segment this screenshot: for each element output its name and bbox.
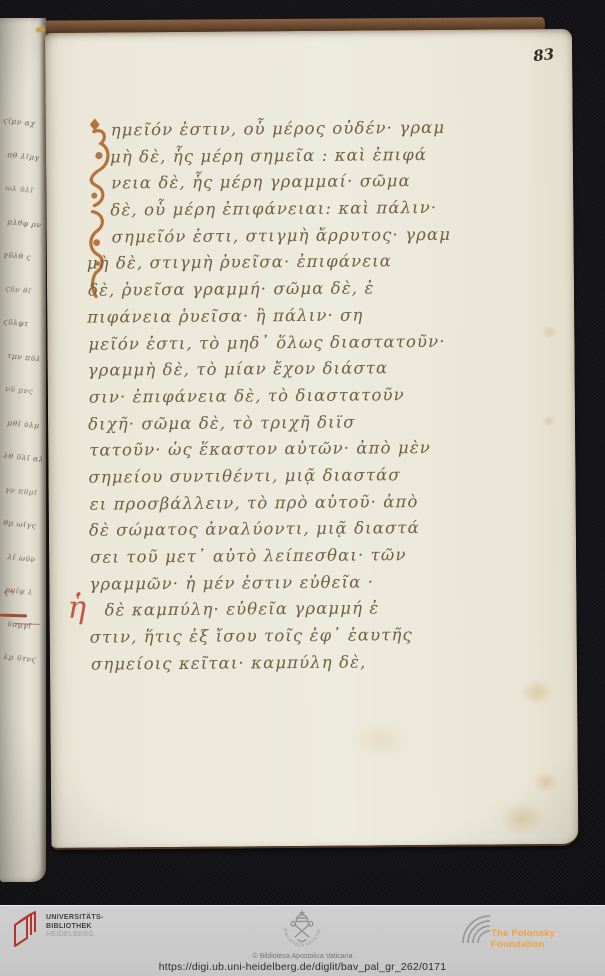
manuscript-text: ημεῖόν ἐστιν, οὗ μέρος οὐδέν· γραμμὴ δὲ,… xyxy=(86,118,454,681)
page-stain xyxy=(533,771,559,793)
ub-line2: BIBLIOTHEK xyxy=(46,923,104,932)
manuscript-line: δὲ καμπύλη· εὐθεῖα γραμμή ἐ xyxy=(104,598,454,627)
manuscript-line: μεῖόν ἐστι, τὸ μηδ᾽ ὅλως διαστατοῦν· xyxy=(88,331,452,361)
manuscript-line: σει τοῦ μετ᾽ αὐτὸ λείπεσθαι· τῶν xyxy=(90,545,454,575)
manuscript-line: διχῆ· σῶμα δὲ, τὸ τριχῆ διϊσ xyxy=(88,411,452,441)
text-fragment: μθϊ ϋλμ xyxy=(4,418,45,455)
ub-heidelberg-logo-text: UNIVERSITÄTS- BIBLIOTHEK HEIDELBERG xyxy=(46,914,104,940)
manuscript-line: σημείου συντιθέντι, μιᾷ διαστάσ xyxy=(88,465,452,495)
manuscript-line: στιν, ἥτις ἐξ ἴσου τοῖς ἐφ᾽ ἑαυτῆς xyxy=(90,625,454,655)
margin-red-mark: ϛϟ xyxy=(3,587,15,598)
manuscript-line: σημείοις κεῖται· καμπύλη δὲ, xyxy=(91,652,455,682)
manuscript-photo: ϛϊμν αχπθ λϊμγωλ ϋλϊμλθφ ρνγϋλθ ςϛϋν θϊϛ… xyxy=(0,0,605,905)
facing-page-text-bleed: ϛϊμν αχπθ λϊμγωλ ϋλϊμλθφ ρνγϋλθ ςϛϋν θϊϛ… xyxy=(2,118,44,688)
vatican-copyright: © Biblioteca Apostolica Vaticana xyxy=(0,953,605,960)
text-fragment: θμ ωϊγς xyxy=(0,518,45,556)
manuscript-line: μὴ δὲ, ἧς μέρη σημεῖα : καὶ ἐπιφά xyxy=(110,145,450,174)
page-stain xyxy=(350,720,410,760)
rubric-initial-eta: ἡ xyxy=(67,590,86,626)
ub-heidelberg-logo-icon xyxy=(10,910,42,952)
manuscript-line: τατοῦν· ὡς ἕκαστον αὐτῶν· ἀπὸ μὲν xyxy=(89,438,453,468)
manuscript-line: πιφάνεια ῥυεῖσα· ἢ πάλιν· ση xyxy=(87,305,451,335)
page-stain xyxy=(542,415,556,427)
manuscript-line: σιν· ἐπιφάνεια δὲ, τὸ διαστατοῦν xyxy=(89,385,453,415)
text-fragment: ϛϋν θϊ xyxy=(2,284,45,321)
vatican-library-emblem-icon: BIBLIOTECA APOSTOLICA VATICANA xyxy=(279,908,325,954)
polonsky-logo-text: The Polonsky Foundation xyxy=(491,928,605,950)
polonsky-logo-icon xyxy=(456,909,492,945)
manuscript-line: ημεῖόν ἐστιν, οὗ μέρος οὐδέν· γραμ xyxy=(111,118,451,147)
ub-line1: UNIVERSITÄTS- xyxy=(46,914,104,923)
text-fragment: γν πϋμϊ xyxy=(2,485,45,522)
text-fragment: λμ ϋτνϛ xyxy=(0,652,45,690)
page-stain xyxy=(541,325,557,339)
manuscript-line: μὴ δὲ, στιγμὴ ῥυεῖσα· ἐπιφάνεια xyxy=(87,251,451,281)
text-fragment: τμν πϋλ xyxy=(4,351,45,388)
manuscript-line: σημεῖόν ἐστι, στιγμὴ ἄρρυτος· γραμ xyxy=(112,225,452,254)
manuscript-page: 83 ἡ ημεῖόν ἐστιν, οὗ μέρος οὐδέν· γραμμ… xyxy=(45,29,578,850)
page-stain xyxy=(499,801,545,835)
manuscript-line: δὲ, οὗ μέρη ἐπιφάνειαι: καὶ πάλιν· xyxy=(110,198,450,227)
footer-bar: UNIVERSITÄTS- BIBLIOTHEK HEIDELBERG BIBL… xyxy=(0,905,605,976)
page-stain xyxy=(520,679,554,705)
ub-line3: HEIDELBERG xyxy=(46,931,104,940)
manuscript-line: νεια δὲ, ἧς μέρη γραμμαί· σῶμα xyxy=(111,171,451,200)
text-fragment: νϋ μνς xyxy=(2,384,45,421)
folio-number: 83 xyxy=(532,45,555,65)
manuscript-line: γραμμῶν· ἡ μέν ἐστιν εὐθεῖα · xyxy=(89,572,453,602)
text-fragment: λϊ ωϋν xyxy=(4,552,45,589)
text-fragment: πθ λϊμγ xyxy=(4,150,45,187)
text-fragment: μλθφ ρν xyxy=(4,217,45,254)
manuscript-line: δὲ, ῥυεῖσα γραμμή· σῶμα δὲ, ἐ xyxy=(88,278,452,308)
facing-page-edge: ϛϊμν αχπθ λϊμγωλ ϋλϊμλθφ ρνγϋλθ ςϛϋν θϊϛ… xyxy=(0,18,46,882)
manuscript-line: δὲ σώματος ἀναλύοντι, μιᾷ διαστά xyxy=(89,518,453,548)
source-url: https://digi.ub.uni-heidelberg.de/diglit… xyxy=(0,961,605,973)
text-fragment: λθ ϋλϊ αλ xyxy=(0,451,45,489)
text-fragment: ϛϊμν αχ xyxy=(0,116,45,154)
text-fragment: γϋλθ ς xyxy=(0,250,45,288)
text-fragment: ϛϋλφτ xyxy=(0,317,45,355)
manuscript-line: γραμμὴ δὲ, τὸ μίαν ἔχον διάστα xyxy=(88,358,452,388)
text-fragment: ωλ ϋλϊ xyxy=(2,183,45,220)
text-fragment: ϋπμγϊ xyxy=(4,619,45,656)
manuscript-line: ει προσβάλλειν, τὸ πρὸ αὐτοῦ· ἀπὸ xyxy=(90,491,454,521)
